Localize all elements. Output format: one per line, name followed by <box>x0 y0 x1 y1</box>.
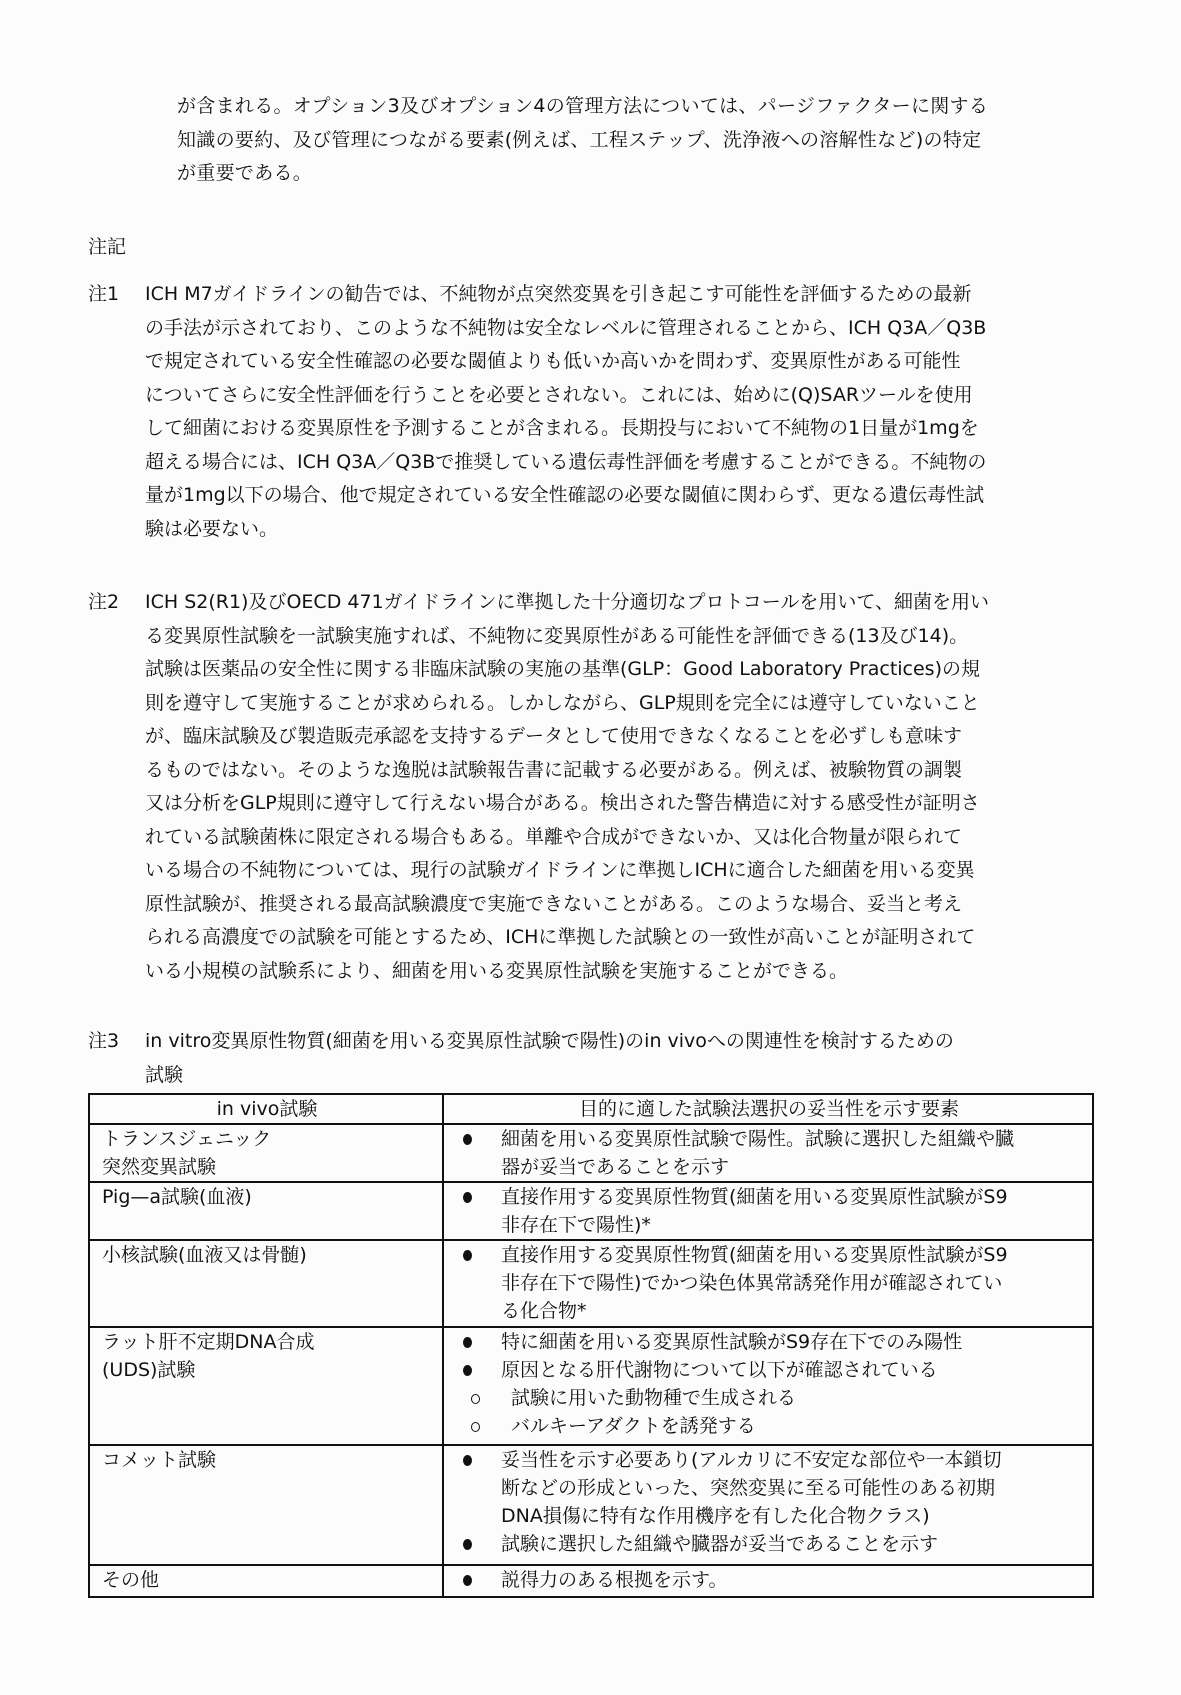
test-name: トランスジェニック <box>102 1125 432 1153</box>
text-line: が含まれる。オプション3及びオプション4の管理方法については、パージファクターに… <box>177 90 1097 124</box>
bullet-icon <box>463 1337 472 1348</box>
justification-cell: 妥当性を示す必要あり(アルカリに不安定な部位や一本鎖切 断などの形成といった、突… <box>443 1445 1093 1565</box>
list-item: 特に細菌を用いる変異原性試験がS9存在下でのみ陽性 <box>456 1328 1082 1356</box>
text-line: ICH M7ガイドラインの勧告では、不純物が点突然変異を引き起こす可能性を評価す… <box>145 278 1100 312</box>
bullet-icon <box>463 1134 472 1145</box>
notes-heading: 注記 <box>88 232 126 262</box>
text-line: 試験は医薬品の安全性に関する非臨床試験の実施の基準(GLP：Good Labor… <box>145 653 1100 687</box>
text-line: 超える場合には、ICH Q3A／Q3Bで推奨している遺伝毒性評価を考慮することが… <box>145 446 1100 480</box>
test-name: (UDS)試験 <box>102 1356 432 1384</box>
bullet-text: る化合物* <box>501 1297 1082 1325</box>
bullet-text: 断などの形成といった、突然変異に至る可能性のある初期 <box>501 1474 1082 1502</box>
sub-bullet-text: 試験に用いた動物種で生成される <box>511 1384 1082 1412</box>
text-line: 験は必要ない。 <box>145 513 1100 547</box>
justification-cell: 細菌を用いる変異原性試験で陽性。試験に選択した組織や臓 器が妥当であることを示す <box>443 1124 1093 1182</box>
text-line: が、臨床試験及び製造販売承認を支持するデータとして使用できなくなることを必ずしも… <box>145 720 1100 754</box>
table-row: 小核試験(血液又は骨髄) 直接作用する変異原性物質(細菌を用いる変異原性試験がS… <box>89 1240 1093 1327</box>
table-row: コメット試験 妥当性を示す必要あり(アルカリに不安定な部位や一本鎖切 断などの形… <box>89 1445 1093 1565</box>
table-header-row: in vivo試験 目的に適した試験法選択の妥当性を示す要素 <box>89 1094 1093 1124</box>
test-name-cell: その他 <box>89 1565 443 1597</box>
text-line: られる高濃度での試験を可能とするため、ICHに準拠した試験との一致性が高いことが… <box>145 921 1100 955</box>
table-row: ラット肝不定期DNA合成 (UDS)試験 特に細菌を用いる変異原性試験がS9存在… <box>89 1327 1093 1445</box>
test-name-cell: 小核試験(血液又は骨髄) <box>89 1240 443 1327</box>
column-header-test: in vivo試験 <box>89 1094 443 1124</box>
bullet-icon <box>463 1539 472 1550</box>
bullet-icon <box>463 1575 472 1586</box>
text-line: が重要である。 <box>177 157 1097 191</box>
bullet-text: 直接作用する変異原性物質(細菌を用いる変異原性試験がS9 <box>501 1241 1082 1269</box>
justification-cell: 特に細菌を用いる変異原性試験がS9存在下でのみ陽性 原因となる肝代謝物について以… <box>443 1327 1093 1445</box>
bullet-text: 原因となる肝代謝物について以下が確認されている <box>501 1356 1082 1384</box>
table-row: その他 説得力のある根拠を示す。 <box>89 1565 1093 1597</box>
text-line: についてさらに安全性評価を行うことを必要とされない。これには、始めに(Q)SAR… <box>145 379 1100 413</box>
note-body: ICH M7ガイドラインの勧告では、不純物が点突然変異を引き起こす可能性を評価す… <box>145 278 1100 546</box>
sub-list-item: 試験に用いた動物種で生成される <box>466 1384 1082 1412</box>
justification-cell: 説得力のある根拠を示す。 <box>443 1565 1093 1597</box>
bullet-text: 説得力のある根拠を示す。 <box>501 1566 1082 1594</box>
sub-list-item: バルキーアダクトを誘発する <box>466 1412 1082 1440</box>
bullet-icon <box>463 1250 472 1261</box>
list-item: 妥当性を示す必要あり(アルカリに不安定な部位や一本鎖切 断などの形成といった、突… <box>456 1446 1082 1530</box>
text-line: いる小規模の試験系により、細菌を用いる変異原性試験を実施することができる。 <box>145 955 1100 989</box>
text-line: で規定されている安全性確認の必要な閾値よりも低いか高いかを問わず、変異原性がある… <box>145 345 1100 379</box>
test-name: コメット試験 <box>102 1446 432 1474</box>
list-item: 細菌を用いる変異原性試験で陽性。試験に選択した組織や臓 器が妥当であることを示す <box>456 1125 1082 1181</box>
text-line: る変異原性試験を一試験実施すれば、不純物に変異原性がある可能性を評価できる(13… <box>145 620 1100 654</box>
text-line: ICH S2(R1)及びOECD 471ガイドラインに準拠した十分適切なプロトコ… <box>145 586 1100 620</box>
document-page: が含まれる。オプション3及びオプション4の管理方法については、パージファクターに… <box>0 0 1181 1695</box>
bullet-text: 器が妥当であることを示す <box>501 1153 1082 1181</box>
text-line: 則を遵守して実施することが求められる。しかしながら、GLP規則を完全には遵守して… <box>145 687 1100 721</box>
list-item: 試験に選択した組織や臓器が妥当であることを示す <box>456 1530 1082 1558</box>
text-line: いる場合の不純物については、現行の試験ガイドラインに準拠しICHに適合した細菌を… <box>145 854 1100 888</box>
intro-paragraph: が含まれる。オプション3及びオプション4の管理方法については、パージファクターに… <box>177 90 1097 191</box>
in-vivo-test-table: in vivo試験 目的に適した試験法選択の妥当性を示す要素 トランスジェニック… <box>88 1093 1094 1598</box>
text-line: 量が1mg以下の場合、他で規定されている安全性確認の必要な閾値に関わらず、更なる… <box>145 479 1100 513</box>
test-name: 突然変異試験 <box>102 1153 432 1181</box>
test-name: その他 <box>102 1566 432 1594</box>
text-line: るものではない。そのような逸脱は試験報告書に記載する必要がある。例えば、被験物質… <box>145 754 1100 788</box>
test-name-cell: ラット肝不定期DNA合成 (UDS)試験 <box>89 1327 443 1445</box>
bullet-icon <box>463 1455 472 1466</box>
bullet-text: 試験に選択した組織や臓器が妥当であることを示す <box>501 1530 1082 1558</box>
test-name-cell: トランスジェニック 突然変異試験 <box>89 1124 443 1182</box>
note-label: 注2 <box>88 586 119 620</box>
bullet-icon <box>463 1192 472 1203</box>
list-item: 説得力のある根拠を示す。 <box>456 1566 1082 1594</box>
circle-bullet-icon <box>471 1394 480 1404</box>
justification-cell: 直接作用する変異原性物質(細菌を用いる変異原性試験がS9 非存在下で陽性)* <box>443 1182 1093 1240</box>
note-body: ICH S2(R1)及びOECD 471ガイドラインに準拠した十分適切なプロトコ… <box>145 586 1100 988</box>
text-line: 又は分析をGLP規則に遵守して行えない場合がある。検出された警告構造に対する感受… <box>145 787 1100 821</box>
test-name: Pig—a試験(血液) <box>102 1183 432 1211</box>
text-line: 原性試験が、推奨される最高試験濃度で実施できないことがある。このような場合、妥当… <box>145 888 1100 922</box>
circle-bullet-icon <box>471 1422 480 1432</box>
text-line: の手法が示されており、このような不純物は安全なレベルに管理されることから、ICH… <box>145 312 1100 346</box>
test-name-cell: コメット試験 <box>89 1445 443 1565</box>
bullet-text: DNA損傷に特有な作用機序を有した化合物クラス) <box>501 1502 1082 1530</box>
sub-bullet-text: バルキーアダクトを誘発する <box>511 1412 1082 1440</box>
list-item: 直接作用する変異原性物質(細菌を用いる変異原性試験がS9 非存在下で陽性)* <box>456 1183 1082 1239</box>
table-row: Pig—a試験(血液) 直接作用する変異原性物質(細菌を用いる変異原性試験がS9… <box>89 1182 1093 1240</box>
text-line: れている試験菌株に限定される場合もある。単離や合成ができないか、又は化合物量が限… <box>145 821 1100 855</box>
note-label: 注3 <box>88 1025 119 1059</box>
bullet-text: 特に細菌を用いる変異原性試験がS9存在下でのみ陽性 <box>501 1328 1082 1356</box>
column-header-justification: 目的に適した試験法選択の妥当性を示す要素 <box>443 1094 1093 1124</box>
bullet-icon <box>463 1365 472 1376</box>
text-line: in vitro変異原性物質(細菌を用いる変異原性試験で陽性)のin vivoへ… <box>145 1025 1100 1059</box>
table-row: トランスジェニック 突然変異試験 細菌を用いる変異原性試験で陽性。試験に選択した… <box>89 1124 1093 1182</box>
list-item: 原因となる肝代謝物について以下が確認されている <box>456 1356 1082 1384</box>
list-item: 直接作用する変異原性物質(細菌を用いる変異原性試験がS9 非存在下で陽性)でかつ… <box>456 1241 1082 1325</box>
test-name-cell: Pig—a試験(血液) <box>89 1182 443 1240</box>
test-name: ラット肝不定期DNA合成 <box>102 1328 432 1356</box>
text-line: 試験 <box>145 1059 1100 1093</box>
test-name: 小核試験(血液又は骨髄) <box>102 1241 432 1269</box>
note-body: in vitro変異原性物質(細菌を用いる変異原性試験で陽性)のin vivoへ… <box>145 1025 1100 1092</box>
bullet-text: 非存在下で陽性)でかつ染色体異常誘発作用が確認されてい <box>501 1269 1082 1297</box>
bullet-text: 直接作用する変異原性物質(細菌を用いる変異原性試験がS9 <box>501 1183 1082 1211</box>
text-line: 知識の要約、及び管理につながる要素(例えば、工程ステップ、洗浄液への溶解性など)… <box>177 124 1097 158</box>
bullet-text: 非存在下で陽性)* <box>501 1211 1082 1239</box>
bullet-text: 妥当性を示す必要あり(アルカリに不安定な部位や一本鎖切 <box>501 1446 1082 1474</box>
text-line: して細菌における変異原性を予測することが含まれる。長期投与において不純物の1日量… <box>145 412 1100 446</box>
note-label: 注1 <box>88 278 119 312</box>
justification-cell: 直接作用する変異原性物質(細菌を用いる変異原性試験がS9 非存在下で陽性)でかつ… <box>443 1240 1093 1327</box>
bullet-text: 細菌を用いる変異原性試験で陽性。試験に選択した組織や臓 <box>501 1125 1082 1153</box>
